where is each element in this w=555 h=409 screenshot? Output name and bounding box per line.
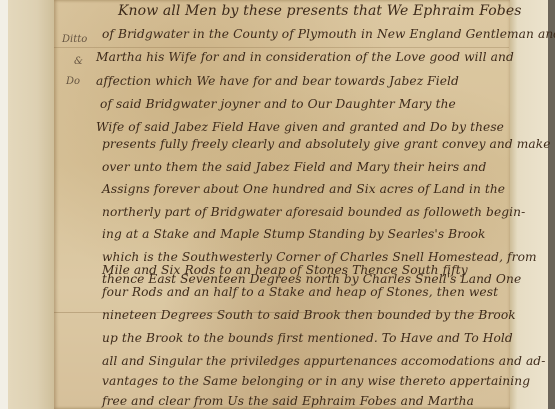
left-margin-paper: [8, 0, 56, 409]
margin-note: &: [74, 56, 83, 67]
text-line: all and Singular the priviledges appurte…: [102, 354, 545, 368]
text-line: Mile and Six Rods to an heap of Stones T…: [102, 263, 468, 277]
text-line: up the Brook to the bounds first mention…: [102, 331, 513, 345]
text-line: Martha his Wife for and in consideration…: [96, 50, 514, 64]
fold-line: [54, 47, 509, 48]
text-line: over unto them the said Jabez Field and …: [102, 160, 486, 174]
text-line: affection which We have for and bear tow…: [96, 74, 459, 88]
background-edge: [548, 0, 555, 409]
text-line: Assigns forever about One hundred and Si…: [102, 182, 505, 196]
margin-note: Do: [66, 76, 80, 87]
text-line: Know all Men by these presents that We E…: [118, 3, 522, 19]
background-edge: [0, 0, 8, 409]
text-line: of said Bridgwater joyner and to Our Dau…: [100, 97, 456, 111]
text-line: four Rods and an half to a Stake and hea…: [102, 285, 498, 299]
margin-note: Ditto: [62, 34, 87, 45]
text-line: which is the Southwesterly Corner of Cha…: [102, 250, 537, 264]
text-line: ing at a Stake and Maple Stump Standing …: [102, 227, 486, 241]
text-line: northerly part of Bridgwater aforesaid b…: [102, 205, 525, 219]
text-line: Wife of said Jabez Field Have given and …: [96, 120, 504, 134]
text-line: nineteen Degrees South to said Brook the…: [102, 308, 516, 322]
text-line: free and clear from Us the said Ephraim …: [102, 394, 474, 408]
text-line: presents fully freely clearly and absolu…: [102, 137, 551, 151]
text-line: vantages to the Same belonging or in any…: [102, 374, 530, 388]
text-line: of Bridgwater in the County of Plymouth …: [102, 27, 555, 41]
deed-photograph: Ditto & Do Know all Men by these present…: [0, 0, 555, 409]
